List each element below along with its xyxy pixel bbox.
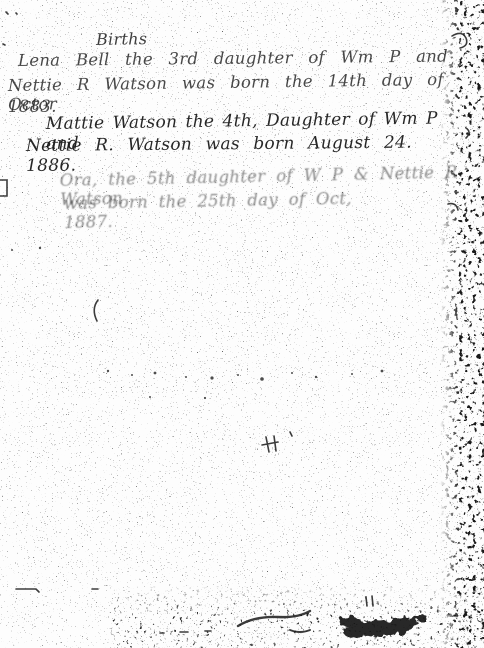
bottom-smudge-band <box>110 586 484 648</box>
birth-entry-1-line-1: Lena Bell the 3rd daughter of Wm P and <box>18 46 448 70</box>
page-title: Births <box>96 29 148 49</box>
birth-entry-1-line-2: Nettie R Watson was born the 14th day of… <box>8 70 444 114</box>
dust-dot-trail <box>11 247 383 399</box>
scanned-document-page: Births Lena Bell the 3rd daughter of Wm … <box>0 0 484 648</box>
ink-blotch <box>338 615 428 639</box>
birth-entry-3-line-2: was born the 25th day of Oct, 1887. <box>64 189 353 232</box>
right-edge-stain-band <box>442 0 484 648</box>
